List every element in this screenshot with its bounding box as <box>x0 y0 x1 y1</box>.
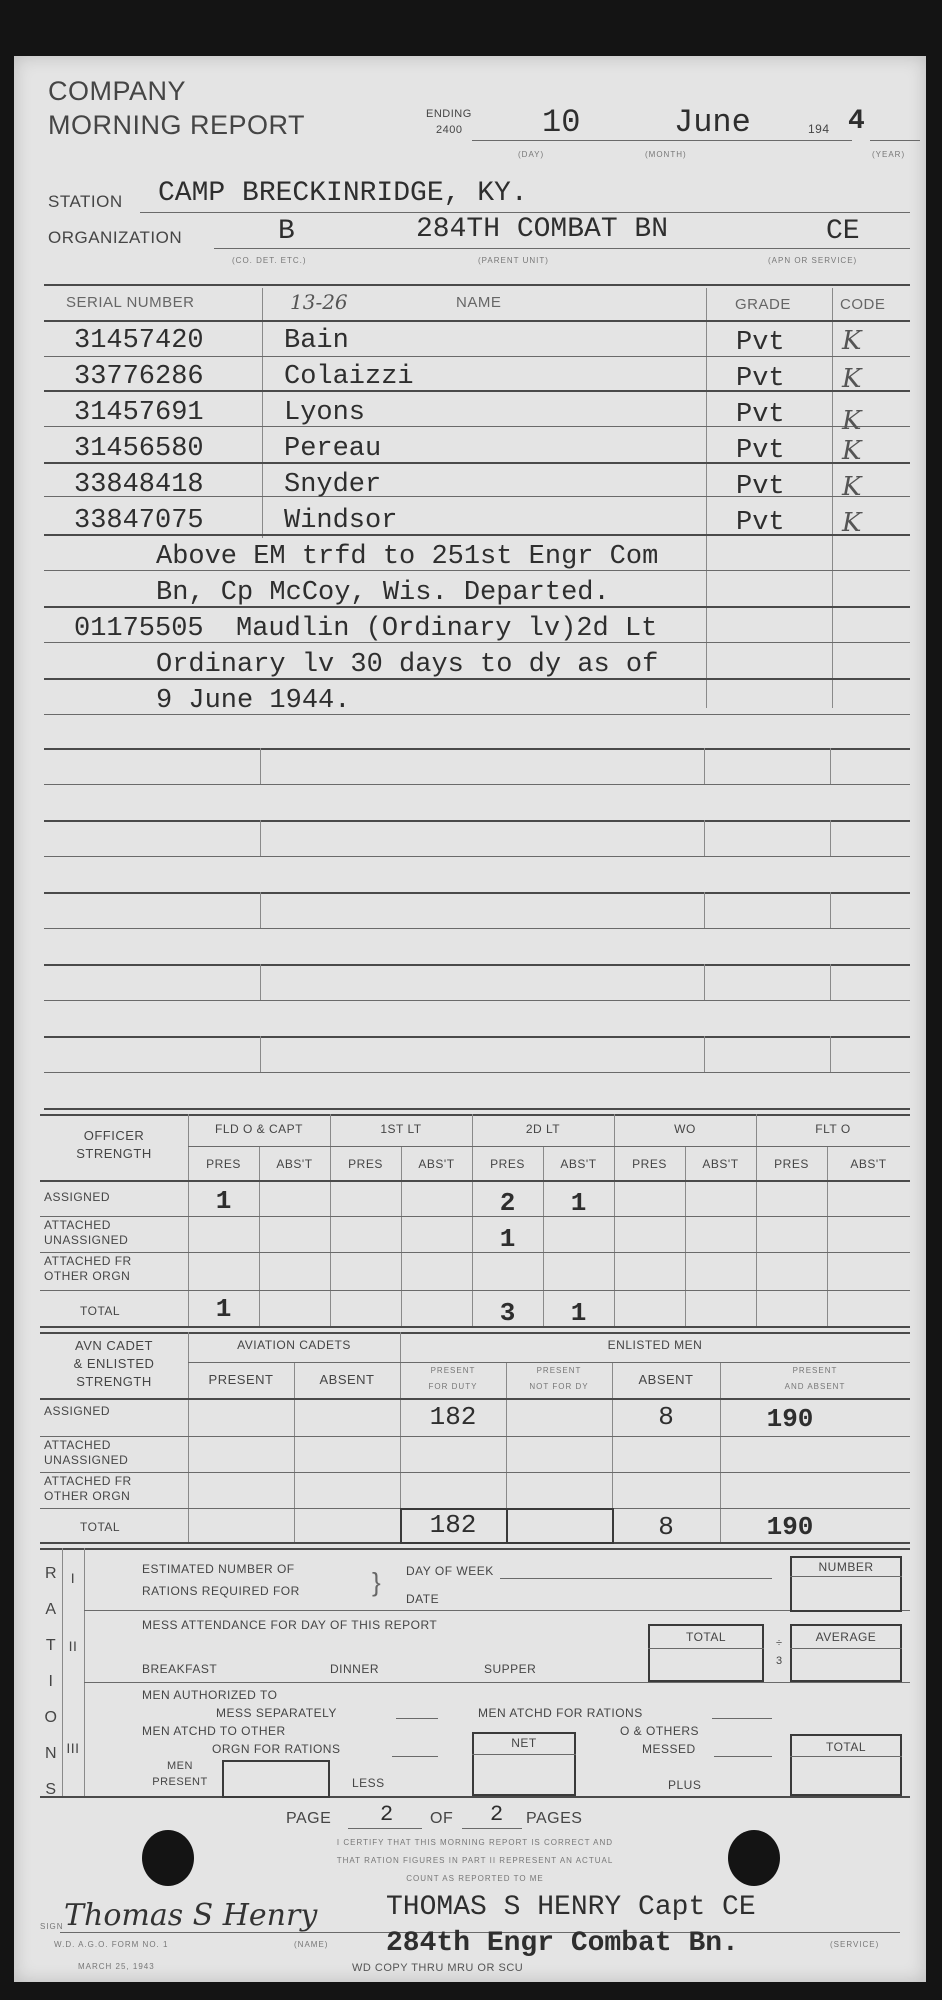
side-letter: S <box>44 1772 58 1808</box>
code: K <box>842 472 861 502</box>
men-atchd-rations-label: MEN ATCHD FOR RATIONS <box>478 1706 643 1720</box>
fld-capt-pres-assigned: 1 <box>188 1186 259 1216</box>
serial-number: 31456580 <box>74 434 204 464</box>
soldier-name: Windsor <box>284 506 397 536</box>
serial-number: 33847075 <box>74 506 204 536</box>
year-caption: (YEAR) <box>872 150 905 159</box>
serial-number: 33848418 <box>74 470 204 500</box>
service-caption: (APN OR SERVICE) <box>768 256 857 265</box>
present-and-absent-header-1: PRESENT <box>720 1366 910 1375</box>
cadet-present-header: PRESENT <box>188 1372 294 1387</box>
code: K <box>842 436 861 466</box>
page-number: 2 <box>380 1802 393 1827</box>
side-letter: I <box>44 1664 58 1700</box>
service-caption: (SERVICE) <box>830 1940 879 1949</box>
officer-strength-title-1: OFFICER <box>40 1128 188 1143</box>
grade: Pvt <box>736 472 785 502</box>
sub-pres: PRES <box>756 1157 827 1171</box>
number-box-label: NUMBER <box>790 1560 902 1574</box>
present-for-duty-total: 182 <box>400 1510 506 1540</box>
row-label-attached-unassigned: ATTACHED UNASSIGNED <box>44 1218 184 1248</box>
mess-attendance-label: MESS ATTENDANCE FOR DAY OF THIS REPORT <box>142 1618 437 1632</box>
organization-parent-unit: 284TH COMBAT BN <box>416 214 668 245</box>
total-box-label: TOTAL <box>648 1630 764 1644</box>
month-caption: (MONTH) <box>645 150 687 159</box>
dinner-label: DINNER <box>330 1662 379 1676</box>
serial-number-header: SERIAL NUMBER <box>66 294 194 311</box>
grade: Pvt <box>736 436 785 466</box>
row-label-assigned: ASSIGNED <box>44 1190 110 1204</box>
cadet-absent-header: ABSENT <box>294 1372 400 1387</box>
men-present-label-1: MEN <box>140 1760 220 1772</box>
present-not-for-dy-header-1: PRESENT <box>506 1366 612 1375</box>
absent-assigned: 8 <box>612 1402 720 1432</box>
orgn-for-rations-label: ORGN FOR RATIONS <box>212 1742 340 1756</box>
messed-label: MESSED <box>642 1742 696 1756</box>
sub-abst: ABS'T <box>827 1157 910 1171</box>
total-pages: 2 <box>490 1802 503 1827</box>
soldier-name: Colaizzi <box>284 362 414 392</box>
page-label: PAGE <box>286 1810 331 1828</box>
code: K <box>842 508 861 538</box>
men-atchd-other-label: MEN ATCHD TO OTHER <box>142 1724 286 1738</box>
report-year: 4 <box>848 106 865 137</box>
group-wo: WO <box>614 1122 756 1136</box>
absent-total: 8 <box>612 1512 720 1542</box>
signer-unit: 284th Engr Combat Bn. <box>386 1928 739 1959</box>
2d-lt-abst-assigned: 1 <box>543 1188 614 1218</box>
remark-line: Ordinary lv 30 days to dy as of <box>156 650 658 680</box>
code: K <box>842 364 861 394</box>
present-for-duty-header-1: PRESENT <box>400 1366 506 1375</box>
brace-icon: } <box>372 1562 381 1602</box>
present-and-absent-header-2: AND ABSENT <box>720 1382 910 1391</box>
2d-lt-abst-total: 1 <box>543 1298 614 1328</box>
day-caption: (DAY) <box>518 150 544 159</box>
group-fld-o-capt: FLD O & CAPT <box>188 1122 330 1136</box>
average-box-label: AVERAGE <box>790 1630 902 1644</box>
code: K <box>842 406 861 436</box>
form-number: W.D. A.G.O. FORM NO. 1 <box>54 1940 168 1949</box>
sub-pres: PRES <box>188 1157 259 1171</box>
group-1st-lt: 1ST LT <box>330 1122 472 1136</box>
station-label: STATION <box>48 192 123 212</box>
number-input[interactable] <box>794 1580 898 1606</box>
side-letter: R <box>44 1556 58 1592</box>
absent-header: ABSENT <box>612 1372 720 1387</box>
men-authorized-label: MEN AUTHORIZED TO <box>142 1688 277 1702</box>
group-2d-lt: 2D LT <box>472 1122 614 1136</box>
grade: Pvt <box>736 328 785 358</box>
total-box-label: TOTAL <box>790 1740 902 1754</box>
enlisted-title-1: AVN CADET <box>40 1338 188 1353</box>
form-date: MARCH 25, 1943 <box>78 1962 155 1971</box>
sub-abst: ABS'T <box>401 1157 472 1171</box>
soldier-name: Snyder <box>284 470 381 500</box>
sub-pres: PRES <box>330 1157 401 1171</box>
fld-capt-pres-total: 1 <box>188 1294 259 1324</box>
less-label: LESS <box>352 1776 385 1790</box>
organization-service: CE <box>826 216 860 247</box>
of-label: OF <box>430 1810 453 1828</box>
present-for-duty-assigned: 182 <box>400 1402 506 1432</box>
grade-header: GRADE <box>735 296 791 313</box>
present-and-absent-total: 190 <box>720 1512 860 1542</box>
side-letter: A <box>44 1592 58 1628</box>
wd-copy-note: WD COPY THRU MRU OR SCU <box>352 1962 523 1974</box>
present-not-for-dy-header-2: NOT FOR DY <box>506 1382 612 1391</box>
net-box-label: NET <box>472 1736 576 1750</box>
year-prefix: 194 <box>808 122 830 136</box>
row-label-attached-unassigned: ATTACHED UNASSIGNED <box>44 1438 184 1468</box>
handwritten-annotation: 13-26 <box>290 290 348 314</box>
sub-abst: ABS'T <box>685 1157 756 1171</box>
aviation-cadets-group: AVIATION CADETS <box>188 1338 400 1352</box>
code: K <box>842 326 861 356</box>
side-letter: O <box>44 1700 58 1736</box>
enlisted-title-2: & ENLISTED <box>40 1356 188 1371</box>
2d-lt-pres-assigned: 2 <box>472 1188 543 1218</box>
plus-label: PLUS <box>668 1778 701 1792</box>
parent-caption: (PARENT UNIT) <box>478 256 549 265</box>
name-caption: (NAME) <box>294 1940 328 1949</box>
row-label-total: TOTAL <box>80 1304 120 1318</box>
signer-name: THOMAS S HENRY Capt CE <box>386 1892 756 1923</box>
form-title-line2: MORNING REPORT <box>48 110 305 141</box>
divide-by-three: ÷ 3 <box>776 1634 790 1670</box>
group-flt-o: FLT O <box>756 1122 910 1136</box>
sign-label: SIGN <box>40 1922 64 1931</box>
side-letter: T <box>44 1628 58 1664</box>
soldier-name: Pereau <box>284 434 381 464</box>
officer-strength-title-2: STRENGTH <box>40 1146 188 1161</box>
part-ii-numeral: II <box>62 1638 84 1654</box>
report-month: June <box>674 104 751 141</box>
enlisted-title-3: STRENGTH <box>40 1374 188 1389</box>
o-others-label: O & OTHERS <box>620 1724 699 1738</box>
present-for-duty-header-2: FOR DUTY <box>400 1382 506 1391</box>
report-day: 10 <box>542 104 580 141</box>
row-label-assigned: ASSIGNED <box>44 1404 110 1418</box>
soldier-name: Bain <box>284 326 349 356</box>
day-of-week-label: DAY OF WEEK <box>406 1564 494 1578</box>
remark-line: Bn, Cp McCoy, Wis. Departed. <box>156 578 610 608</box>
estimated-number-label: ESTIMATED NUMBER OF <box>142 1562 295 1576</box>
soldier-name: Lyons <box>284 398 365 428</box>
remark-line: 01175505 Maudlin (Ordinary lv)2d Lt <box>74 614 657 644</box>
grade: Pvt <box>736 508 785 538</box>
men-present-label-2: PRESENT <box>140 1776 220 1788</box>
grade: Pvt <box>736 400 785 430</box>
form-title-line1: COMPANY <box>48 76 186 107</box>
row-label-attached-fr-other-orgn: ATTACHED FR OTHER ORGN <box>44 1254 174 1284</box>
handwritten-signature: Thomas S Henry <box>64 1898 317 1933</box>
company-caption: (CO. DET. ETC.) <box>232 256 307 265</box>
ending-time: 2400 <box>436 124 462 136</box>
organization-label: ORGANIZATION <box>48 228 182 248</box>
punch-hole-right <box>728 1830 780 1886</box>
mess-separately-label: MESS SEPARATELY <box>216 1706 337 1720</box>
serial-number: 33776286 <box>74 362 204 392</box>
sub-pres: PRES <box>614 1157 685 1171</box>
station-value: CAMP BRECKINRIDGE, KY. <box>158 178 528 209</box>
certification-line-3: COUNT AS REPORTED TO ME <box>250 1874 700 1883</box>
code-header: CODE <box>840 296 885 313</box>
side-letter: N <box>44 1736 58 1772</box>
remark-line: Above EM trfd to 251st Engr Com <box>156 542 658 572</box>
rations-side-label: R A T I O N S <box>44 1556 58 1808</box>
pages-label: PAGES <box>526 1810 582 1828</box>
part-i-numeral: I <box>62 1570 84 1586</box>
serial-number: 31457691 <box>74 398 204 428</box>
sub-abst: ABS'T <box>259 1157 330 1171</box>
2d-lt-pres-attached: 1 <box>472 1224 543 1254</box>
serial-number: 31457420 <box>74 326 204 356</box>
sub-abst: ABS'T <box>543 1157 614 1171</box>
grade: Pvt <box>736 364 785 394</box>
row-label-total: TOTAL <box>80 1520 120 1534</box>
organization-company: B <box>278 216 295 247</box>
name-header: NAME <box>456 294 501 311</box>
punch-hole-left <box>142 1830 194 1886</box>
date-label: DATE <box>406 1592 439 1606</box>
remark-line: 9 June 1944. <box>156 686 350 716</box>
present-and-absent-assigned: 190 <box>720 1404 860 1434</box>
enlisted-men-group: ENLISTED MEN <box>400 1338 910 1352</box>
certification-line-1: I CERTIFY THAT THIS MORNING REPORT IS CO… <box>250 1838 700 1847</box>
sub-pres: PRES <box>472 1157 543 1171</box>
breakfast-label: BREAKFAST <box>142 1662 217 1676</box>
certification-line-2: THAT RATION FIGURES IN PART II REPRESENT… <box>250 1856 700 1865</box>
ending-label: ENDING <box>426 108 472 120</box>
rations-required-label: RATIONS REQUIRED FOR <box>142 1584 300 1598</box>
2d-lt-pres-total: 3 <box>472 1298 543 1328</box>
supper-label: SUPPER <box>484 1662 536 1676</box>
part-iii-numeral: III <box>62 1740 84 1756</box>
row-label-attached-fr-other-orgn: ATTACHED FR OTHER ORGN <box>44 1474 174 1504</box>
